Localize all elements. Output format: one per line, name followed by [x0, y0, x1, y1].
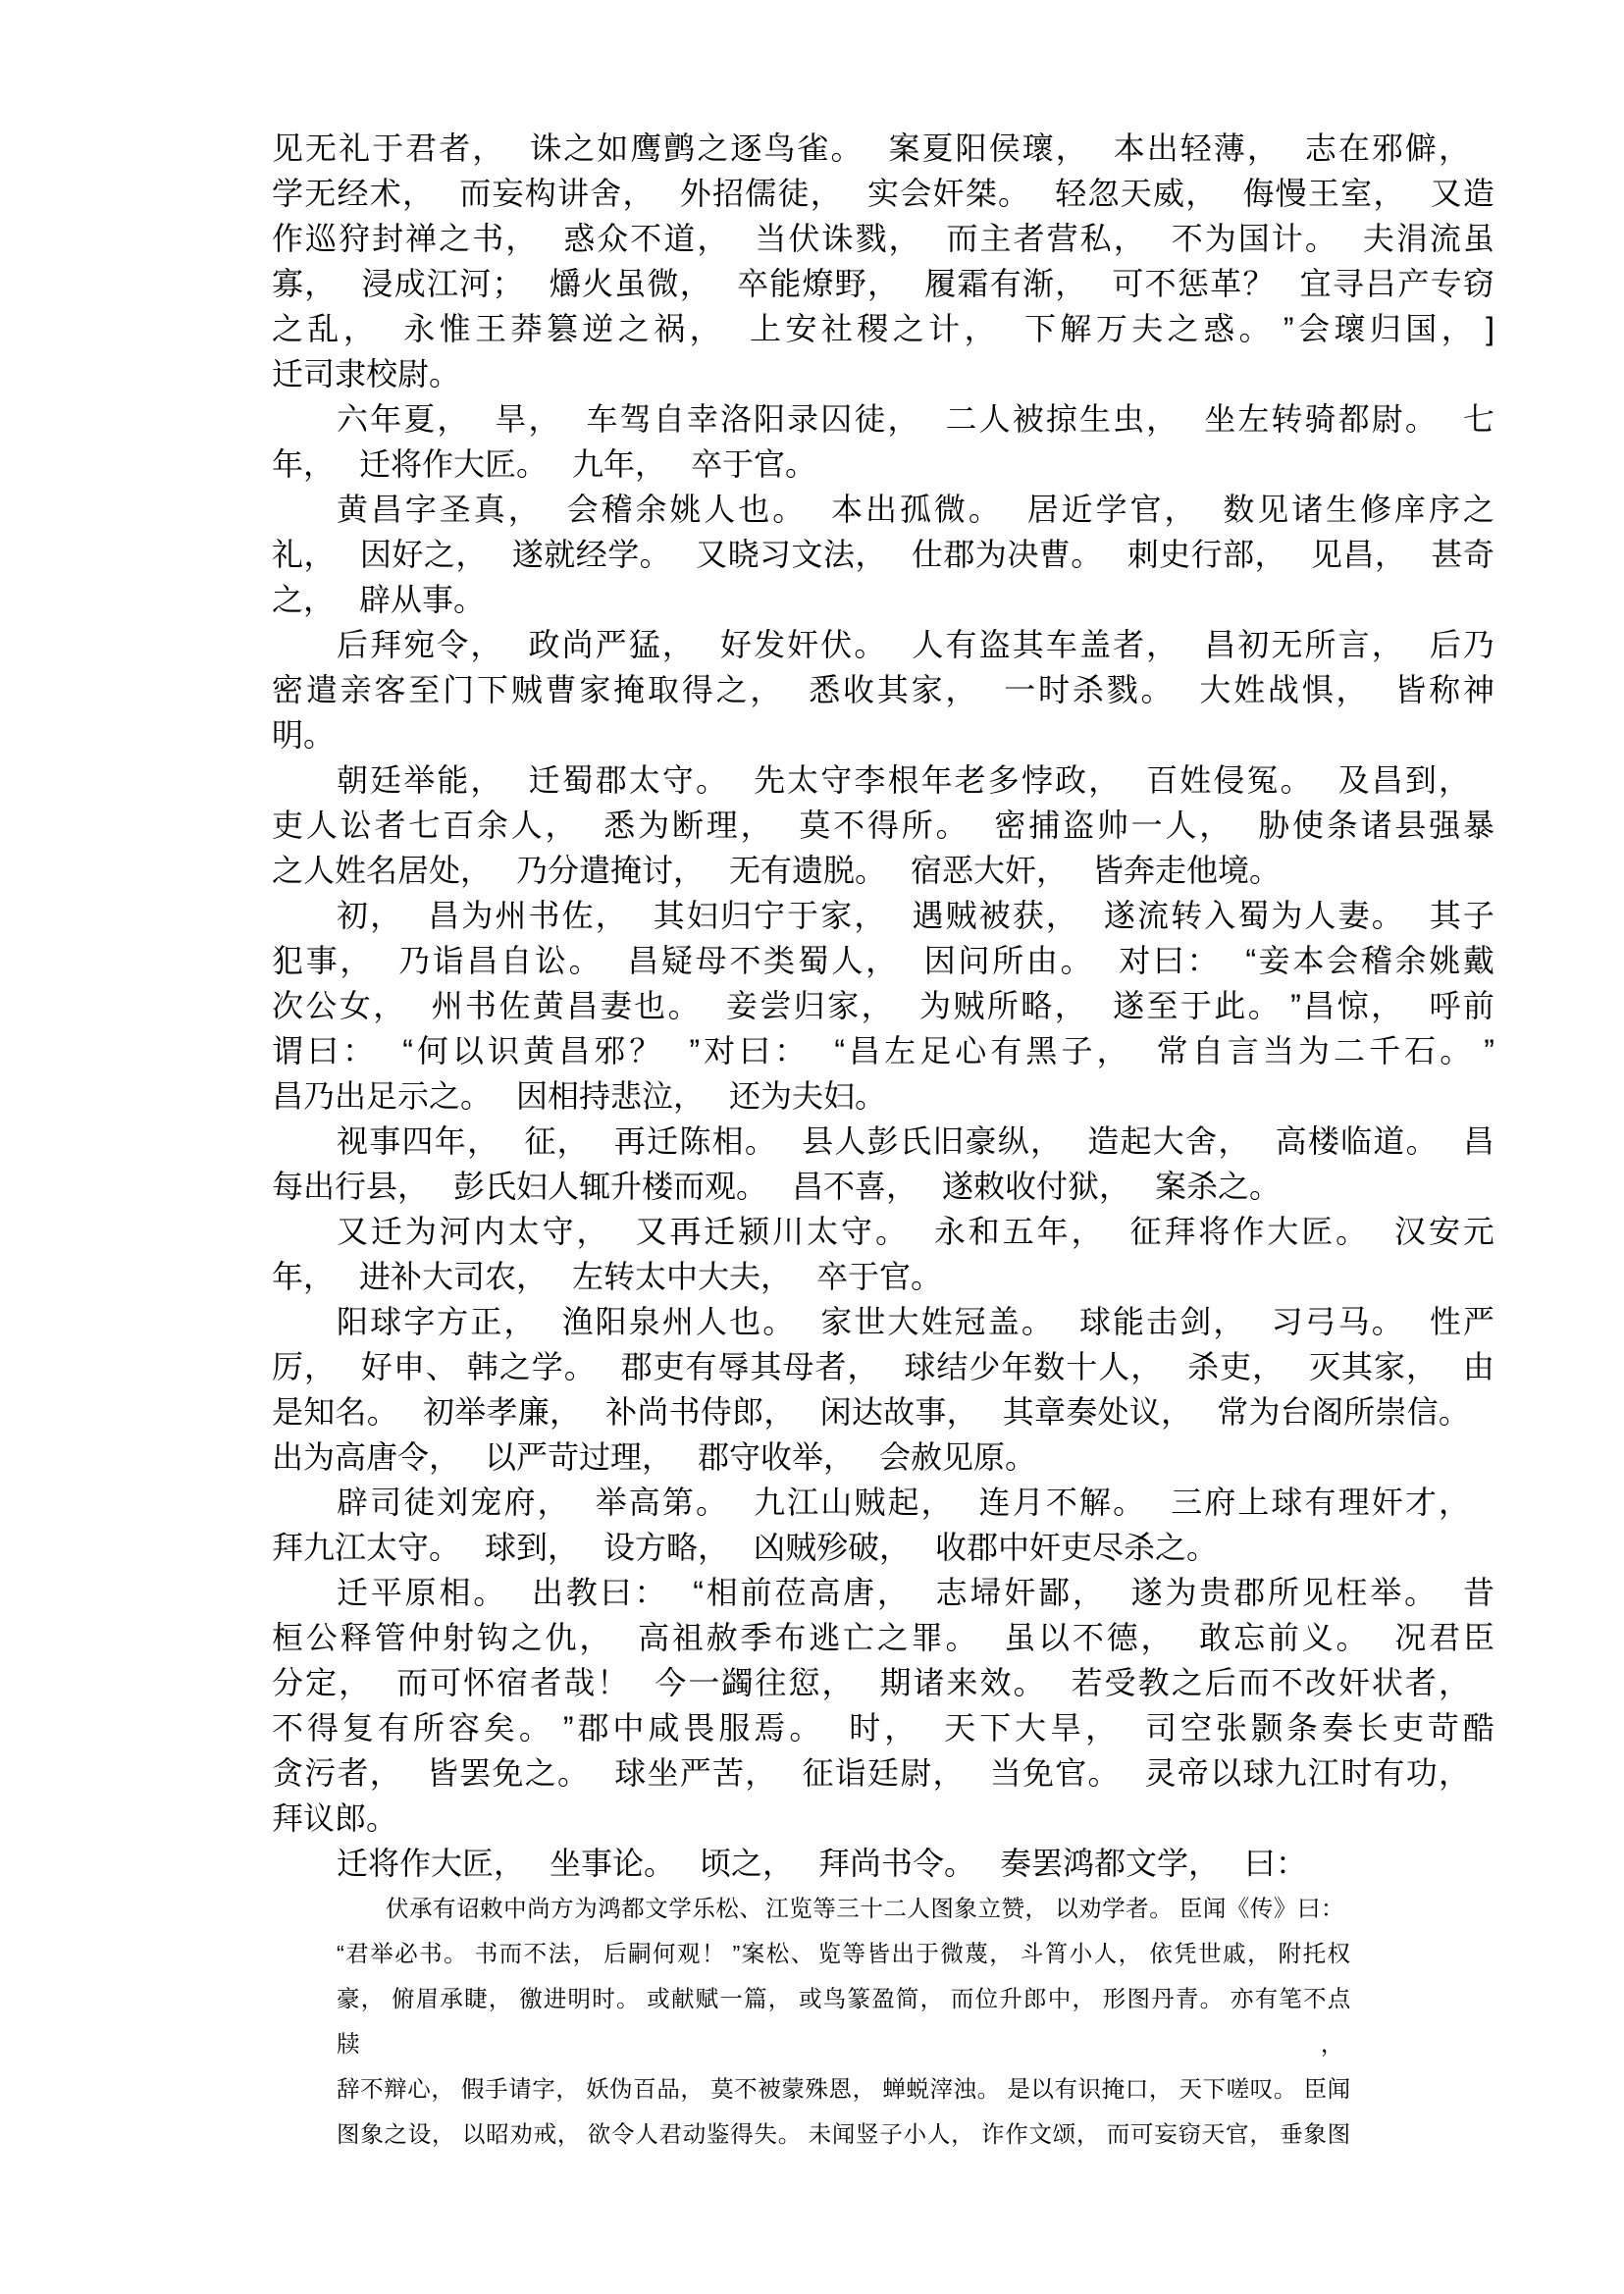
punctuation: ， [528, 401, 561, 437]
punctuation: ， [921, 1485, 955, 1520]
punctuation: ， [1161, 1394, 1192, 1430]
punctuation: 。 [1239, 311, 1259, 346]
text-line: 分定，而可怀宿者哉！今一蠲往愆，期诸来效。若受教之后而不改奸状者， [272, 1660, 1494, 1705]
punctuation: 。 [745, 1123, 777, 1159]
punctuation: ， [1439, 1665, 1470, 1700]
punctuation: ， [1099, 1169, 1130, 1204]
punctuation: ， [370, 1755, 402, 1791]
punctuation: 。 [1005, 1439, 1036, 1475]
punctuation: ， [304, 1349, 337, 1384]
punctuation: ， [1025, 1896, 1049, 1921]
punctuation: 。 [855, 853, 886, 888]
text-line: 贪污者，皆罢免之。球坐严苦，征诣廷尉，当免官。灵帝以球九江时有功， [272, 1750, 1494, 1796]
punctuation: ， [690, 311, 725, 346]
punctuation: ， [1247, 130, 1281, 166]
punctuation: ？ [629, 1033, 664, 1069]
punctuation: 。 [1249, 853, 1281, 888]
punctuation: ！ [597, 1665, 630, 1700]
punctuation: ， [1249, 2121, 1273, 2147]
punctuation: ， [1036, 853, 1068, 888]
punctuation: 。 [557, 1755, 590, 1791]
punctuation: ， [697, 221, 730, 256]
punctuation: 。 [1200, 1986, 1225, 2011]
punctuation: 。 [564, 1349, 597, 1384]
punctuation: ， [538, 1485, 571, 1520]
punctuation: ， [470, 762, 503, 798]
punctuation: ， [467, 1123, 499, 1159]
punctuation: 。 [644, 1846, 675, 1881]
punctuation: ， [437, 401, 470, 437]
punctuation: ， [847, 1349, 879, 1384]
punctuation: ， [989, 1941, 1014, 1966]
punctuation: ， [577, 1214, 611, 1249]
text-line: 六年夏，旱，车驾自幸洛阳录囚徒，二人被掠生虫，坐左转骑都尉。七 [272, 396, 1494, 442]
punctuation: 。 [429, 1530, 460, 1565]
text-line: 黄昌字圣真，会稽余姚人也。本出孤微。居近学官，数见诸生修庠序之 [272, 487, 1494, 532]
punctuation: 。 [366, 1800, 397, 1836]
text-line: 伏承有诏敕中尚方为鸿都文学乐松、江览等三十二人图象立赞，以劝学者。臣闻《传》曰： [337, 1886, 1350, 1931]
punctuation: ， [1055, 266, 1087, 301]
text-line: 吏人讼者七百余人，悉为断理，莫不得所。密捕盗帅一人，胁使条诸县强暴 [272, 803, 1494, 848]
punctuation: ， [889, 221, 922, 256]
punctuation: ， [1439, 762, 1470, 798]
punctuation: 。 [831, 130, 864, 166]
punctuation: ， [557, 2121, 581, 2147]
punctuation: ， [303, 1259, 335, 1294]
punctuation: ， [1119, 1941, 1143, 1966]
text-line: 阳球字方正，渔阳泉州人也。家世大姓冠盖。球能击剑，习弓马。性严 [272, 1299, 1494, 1344]
text-line: 后拜宛令，政尚严猛，好发奸伏。人有盗其车盖者，昌初无所言，后乃 [272, 622, 1494, 667]
text-line: 迁司隶校尉。 [272, 351, 1494, 396]
text-line: 迁将作大匠，坐事论。顷之，拜尚书令。奏罢鸿都文学，曰： [272, 1841, 1494, 1886]
punctuation: 、 [426, 1349, 458, 1384]
punctuation: ， [1072, 1986, 1096, 2011]
text-line: 之，辟从事。 [272, 577, 1494, 622]
punctuation: ， [579, 1620, 613, 1655]
punctuation: 。 [1305, 221, 1338, 256]
punctuation: ， [455, 537, 487, 572]
punctuation: ， [1085, 1710, 1121, 1746]
punctuation: 。 [1405, 401, 1439, 437]
punctuation: 。 [1087, 1755, 1120, 1791]
punctuation: 。 [1022, 1304, 1055, 1339]
punctuation: ， [951, 2121, 974, 2147]
punctuation: 。 [736, 1169, 767, 1204]
punctuation: ， [1072, 1214, 1106, 1249]
punctuation: ， [623, 176, 655, 211]
punctuation: ， [1336, 672, 1371, 707]
punctuation: ， [673, 853, 705, 888]
punctuation: ： [635, 1575, 669, 1610]
punctuation: ， [1114, 221, 1147, 256]
punctuation: ， [1439, 130, 1470, 166]
punctuation: ， [887, 401, 920, 437]
punctuation: ， [429, 1439, 460, 1475]
punctuation: ， [1406, 1349, 1439, 1384]
punctuation: 。 [854, 627, 887, 662]
text-line: 谓曰：“何以识黄昌邪？”对曰：“昌左足心有黑子，常自言当为二千石。” [272, 1028, 1494, 1073]
punctuation: ， [1218, 1123, 1250, 1159]
punctuation: ， [855, 537, 886, 572]
punctuation: 、 [739, 1896, 762, 1921]
punctuation: ： [1276, 1846, 1307, 1881]
punctuation: ， [1255, 537, 1286, 572]
punctuation: ， [397, 1169, 429, 1204]
punctuation: ， [886, 1169, 917, 1204]
punctuation: ， [304, 266, 337, 301]
punctuation: ， [853, 2076, 876, 2102]
punctuation: 。 [1113, 1485, 1146, 1520]
text-line: 出为高唐令，以严苛过理，郡守收举，会赦见原。 [272, 1434, 1494, 1480]
punctuation: ， [303, 537, 335, 572]
punctuation: 。 [640, 537, 671, 572]
punctuation: 。 [1186, 1530, 1218, 1565]
punctuation: ， [1088, 762, 1122, 798]
punctuation: ， [508, 492, 543, 527]
punctuation: ， [762, 1846, 794, 1881]
punctuation: ？ [1242, 266, 1275, 301]
punctuation: ， [1213, 1304, 1246, 1339]
punctuation: 。 [569, 943, 603, 978]
punctuation: 。 [944, 1846, 975, 1881]
punctuation: 。 [855, 1078, 886, 1114]
text-line: 厉，好申、韩之学。郡吏有辱其母者，球结少年数十人，杀吏，灭其家，由 [272, 1344, 1494, 1389]
punctuation: 。 [1406, 1123, 1439, 1159]
punctuation: 。 [1014, 1665, 1047, 1700]
punctuation: ， [472, 130, 505, 166]
punctuation: ， [1164, 492, 1198, 527]
punctuation: ， [884, 1710, 919, 1746]
punctuation: ， [432, 2121, 455, 2147]
punctuation: 。 [616, 1986, 641, 2011]
text-line: 拜九江太守。球到，设方略，凶贼殄破，收郡中奸吏尽杀之。 [272, 1525, 1494, 1570]
punctuation: ， [550, 1394, 581, 1430]
text-line: 迁平原相。出教曰：“相前莅高唐，志埽奸鄙，遂为贵郡所见枉举。昔 [272, 1570, 1494, 1615]
punctuation: ， [505, 221, 539, 256]
punctuation: ； [493, 266, 524, 301]
text-line: 是知名。初举孝廉，补尚书侍郎，闲达故事，其章奏处议，常为台阁所崇信。 [272, 1389, 1494, 1434]
punctuation: ， [460, 853, 492, 888]
punctuation: 。 [1141, 672, 1176, 707]
punctuation: ， [811, 176, 843, 211]
text-line: 年，进补大司农，左转太中大夫，卒于官。 [272, 1254, 1494, 1299]
punctuation: ， [1185, 176, 1218, 211]
punctuation: ， [673, 1078, 705, 1114]
punctuation: 。 [453, 582, 485, 617]
punctuation: 。 [875, 1214, 910, 1249]
punctuation: ， [548, 1530, 579, 1565]
punctuation: ， [760, 1259, 792, 1294]
punctuation: ， [1149, 2076, 1173, 2102]
text-line: 礼，因好之，遂就经学。又晓习文法，仕郡为决曹。刺史行部，见昌，甚奇 [272, 532, 1494, 577]
punctuation: ， [373, 988, 406, 1023]
punctuation: ， [662, 627, 696, 662]
punctuation: ， [1441, 311, 1461, 346]
punctuation: ， [821, 1665, 855, 1700]
punctuation: ， [877, 1575, 912, 1610]
text-line: 作巡狩封禅之书，惑众不道，当伏诛戮，而主者营私，不为国计。夫涓流虽 [272, 216, 1494, 261]
text-line: 豪，俯眉承睫，徼进明时。或献赋一篇，或鸟篆盈简，而位升郎中，形图丹青。亦有笔不点… [337, 1976, 1350, 2066]
text-line: 视事四年，征，再迁陈相。县人彭氏旧豪纵，造起大舍，高楼临道。昌 [272, 1119, 1494, 1164]
text-line: 又迁为河内太守，又再迁颍川太守。永和五年，征拜将作大匠。汉安元 [272, 1209, 1494, 1254]
punctuation: ： [342, 1033, 378, 1069]
punctuation: ， [431, 2076, 454, 2102]
punctuation: ， [1247, 1941, 1272, 1966]
punctuation: 。 [911, 1259, 942, 1294]
punctuation: ， [343, 311, 379, 346]
punctuation: ， [1188, 1846, 1220, 1881]
punctuation: ， [879, 1530, 911, 1565]
text-line: 学无经术，而妄构讲舍，外招儒徒，实会奸桀。轻忽天威，侮慢王室，又造 [272, 171, 1494, 216]
punctuation: ， [546, 808, 580, 843]
punctuation: ， [596, 898, 629, 933]
punctuation: 。 [1149, 1896, 1173, 1921]
punctuation: ， [370, 898, 403, 933]
punctuation: ， [1372, 627, 1405, 662]
punctuation: ： [1187, 943, 1222, 978]
text-line: 犯事，乃诣昌自讼。昌疑母不类蜀人，因问所由。对曰：“妾本会稽余姚戴 [272, 938, 1494, 983]
text-line: 辞不辩心，假手请字，妖伪百品，莫不被蒙殊恩，蝉蜕滓浊。是以有识掩口，天下嗟叹。臣… [337, 2066, 1350, 2112]
punctuation: 。 [789, 1710, 824, 1746]
punctuation: ， [1030, 1123, 1063, 1159]
punctuation: 。 [762, 1304, 796, 1339]
text-line: 年，迁将作大匠。九年，卒于官。 [272, 442, 1494, 487]
punctuation: ， [470, 627, 503, 662]
punctuation: ， [854, 898, 887, 933]
text-line: 图象之设，以昭劝戒，欲令人君动鉴得失。未闻竖子小人，诈作文颂，而可妄窃天官，垂象… [337, 2112, 1350, 2157]
punctuation: 。 [1274, 2076, 1297, 2102]
punctuation: 。 [1071, 537, 1102, 572]
punctuation: 。 [1372, 1304, 1405, 1339]
punctuation: ， [1439, 1755, 1470, 1791]
text-line: 次公女，州书佐黄昌妻也。妾尝归家，为贼所略，遂至于此。”昌惊，呼前 [272, 983, 1494, 1028]
punctuation: ， [680, 266, 712, 301]
text-line: 桓公释管仲射钩之仇，高祖赦季布逃亡之罪。虽以不德，敢忘前义。况君臣 [272, 1615, 1494, 1660]
punctuation: ， [361, 1986, 386, 2011]
punctuation: ， [741, 808, 775, 843]
punctuation: 。 [1440, 1033, 1459, 1069]
punctuation: 。 [1336, 1214, 1370, 1249]
punctuation: ， [768, 1986, 793, 2011]
punctuation: 。 [1248, 988, 1266, 1023]
punctuation: ， [867, 266, 900, 301]
punctuation: 。 [977, 2076, 1001, 2102]
punctuation: ， [745, 1755, 777, 1791]
punctuation: ， [642, 1439, 673, 1475]
punctuation: 。 [772, 492, 807, 527]
punctuation: ， [680, 2076, 704, 2102]
punctuation: 。 [367, 1394, 398, 1430]
text-line: 朝廷举能，迁蜀郡太守。先太守李根年老多悖政，百姓侵冤。及昌到， [272, 757, 1494, 803]
text-line: 昌乃出足示之。因相持悲泣，还为夫妇。 [272, 1073, 1494, 1119]
text-line: 辟司徒刘宠府，举高第。九江山贼起，连月不解。三府上球有理奸才， [272, 1480, 1494, 1525]
text-line: 拜议郎。 [272, 1796, 1494, 1841]
punctuation: 、 [791, 1941, 815, 1966]
punctuation: 。 [969, 492, 1003, 527]
punctuation: ， [823, 1439, 855, 1475]
punctuation: ， [1375, 537, 1406, 572]
punctuation: ， [1373, 176, 1405, 211]
punctuation: ， [504, 1304, 538, 1339]
punctuation: ， [1130, 1349, 1163, 1384]
punctuation: ， [698, 1530, 729, 1565]
punctuation: 。 [303, 717, 335, 753]
punctuation: 。 [1249, 1169, 1281, 1204]
punctuation: ， [1097, 1033, 1132, 1069]
punctuation: ， [1321, 2031, 1344, 2057]
punctuation: ， [1199, 808, 1233, 843]
punctuation: 。 [1372, 898, 1405, 933]
text-line: 密遣亲客至门下贼曹家掩取得之，悉收其家，一时杀戮。大姓战惧，皆称神 [272, 667, 1494, 712]
punctuation: ， [555, 2076, 579, 2102]
punctuation: 。 [936, 808, 970, 843]
text-line: 寡，浸成江河；爝火虽微，卒能燎野，履霜有渐，可不惩革？宜寻吕产专窃 [272, 261, 1494, 306]
punctuation: ！ [702, 1941, 726, 1966]
punctuation: 。 [1281, 762, 1314, 798]
punctuation: ， [489, 1986, 513, 2011]
punctuation: ， [303, 446, 335, 482]
punctuation: ， [557, 1123, 590, 1159]
punctuation: ， [862, 988, 895, 1023]
document-page: 见无礼于君者，诛之如鹰鹯之逐鸟雀。案夏阳侯瓌，本出轻薄，志在邪僻，学无经术，而妄… [0, 0, 1624, 2294]
punctuation: ， [1140, 1620, 1175, 1655]
punctuation: ， [763, 1394, 795, 1430]
punctuation: ， [635, 446, 666, 482]
punctuation: 。 [444, 1941, 468, 1966]
punctuation: ： [774, 1033, 810, 1069]
punctuation: ， [947, 1394, 978, 1430]
punctuation: ， [494, 1846, 525, 1881]
punctuation: 。 [429, 356, 460, 391]
punctuation: ， [1146, 401, 1179, 437]
punctuation: 。 [473, 1575, 507, 1610]
punctuation: ， [750, 672, 784, 707]
punctuation: 。 [945, 1620, 979, 1655]
punctuation: ， [1371, 988, 1404, 1023]
text-line: 见无礼于君者，诛之如鹰鹯之逐鸟雀。案夏阳侯瓌，本出轻薄，志在邪僻， [272, 126, 1494, 171]
text-line: 之乱，永惟王莽篡逆之祸，上安社稷之计，下解万夫之惑。”会瓌归国，] [272, 306, 1494, 351]
punctuation: 。 [696, 762, 729, 798]
text-line: 之人姓名居处，乃分遣掩讨，无有遗脱。宿恶大奸，皆奔走他境。 [272, 848, 1494, 893]
punctuation: 。 [1061, 943, 1095, 978]
punctuation: ， [303, 582, 335, 617]
punctuation: ， [920, 1986, 945, 2011]
punctuation: ， [1073, 1575, 1107, 1610]
punctuation: 。 [668, 988, 702, 1023]
text-line: 明。 [272, 712, 1494, 757]
punctuation: 。 [696, 1485, 729, 1520]
punctuation: ， [965, 311, 1000, 346]
punctuation: ， [573, 1941, 598, 1966]
punctuation: ， [1046, 898, 1079, 933]
punctuation: 。 [1404, 1575, 1439, 1610]
punctuation: ， [1439, 1485, 1470, 1520]
punctuation: 。 [460, 1078, 492, 1114]
text-line: 每出行县，彭氏妇人辄升楼而观。昌不喜，遂敕收付狱，案杀之。 [272, 1164, 1494, 1209]
punctuation: 。 [519, 1710, 539, 1746]
punctuation: 。 [1439, 1394, 1470, 1430]
punctuation: ， [1146, 627, 1179, 662]
punctuation: ， [865, 943, 900, 978]
document-text: 见无礼于君者，诛之如鹰鹯之逐鸟雀。案夏阳侯瓌，本出轻薄，志在邪僻，学无经术，而妄… [272, 126, 1494, 2157]
punctuation: ， [402, 176, 435, 211]
punctuation: ， [1056, 130, 1089, 166]
punctuation: ， [1055, 988, 1088, 1023]
punctuation: 。 [785, 446, 816, 482]
punctuation: ， [932, 1755, 965, 1791]
text-line: 初，昌为州书佐，其妇归宁于家，遇贼被获，遂流转入蜀为人妻。其子 [272, 893, 1494, 938]
punctuation: ， [516, 1259, 548, 1294]
punctuation: 。 [778, 2121, 802, 2147]
punctuation: ， [339, 1665, 372, 1700]
punctuation: 。 [516, 446, 548, 482]
punctuation: ， [340, 943, 374, 978]
text-line: 不得复有所容矣。”郡中咸畏服焉。时，天下大旱，司空张颢条奏长吏苛酷 [272, 1705, 1494, 1750]
punctuation: ， [1076, 2121, 1100, 2147]
punctuation: ， [1252, 1349, 1284, 1384]
punctuation: ： [1321, 1896, 1344, 1921]
text-line: “君举必书。书而不法，后嗣何观！”案松、览等皆出于微蔑，斗筲小人，依凭世戚，附托… [337, 1931, 1350, 1976]
punctuation: ， [945, 672, 979, 707]
punctuation: 。 [1336, 1620, 1371, 1655]
punctuation: 。 [998, 176, 1030, 211]
